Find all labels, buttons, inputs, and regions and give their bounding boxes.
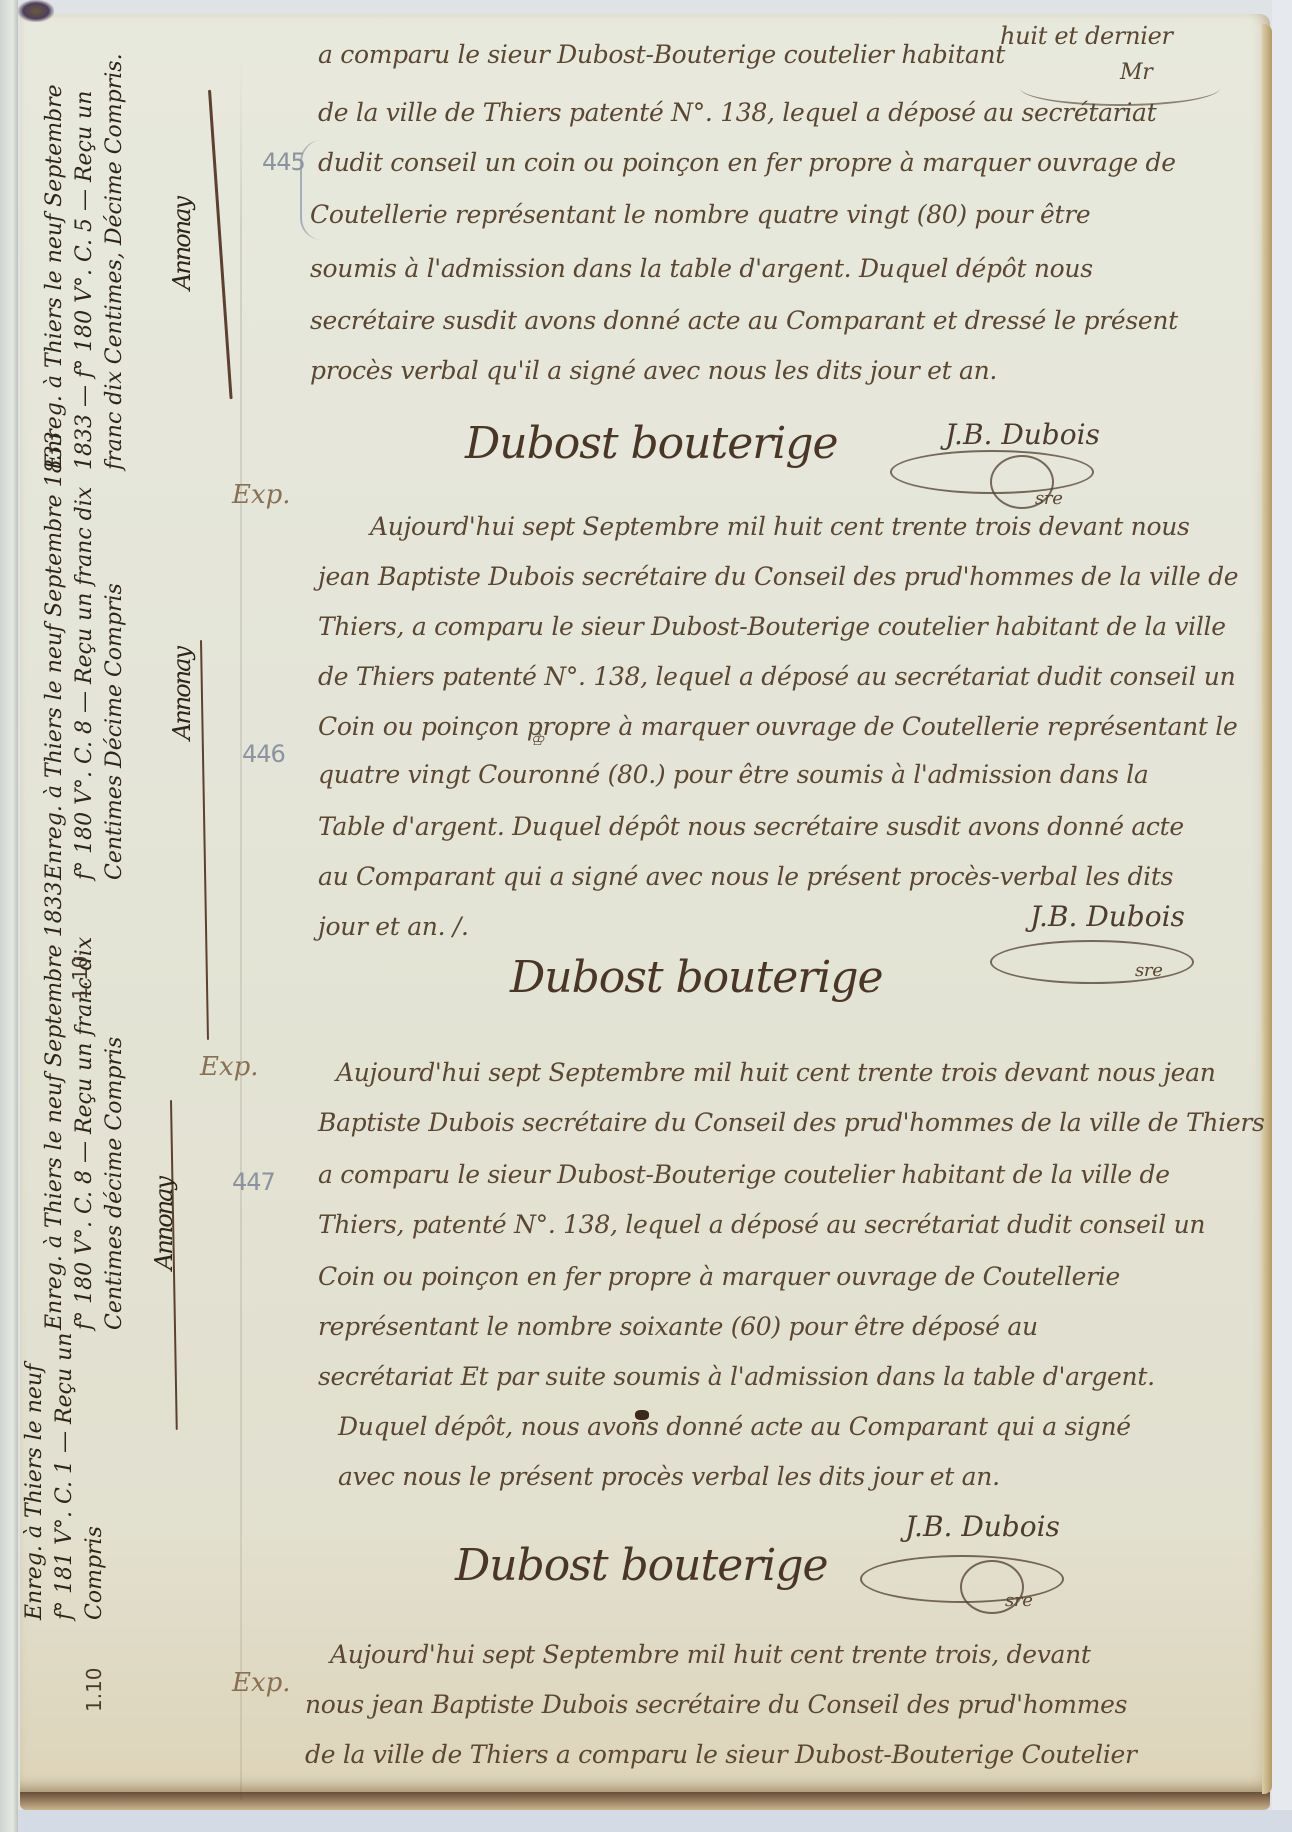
entry-line: Baptiste Dubois secrétaire du Conseil de… xyxy=(318,1108,1265,1137)
entry-line: procès verbal qu'il a signé avec nous le… xyxy=(310,356,997,385)
entry-number: 446 xyxy=(242,740,285,768)
registration-note-line: Centimes Décime Compris xyxy=(100,431,130,880)
exp-label: Exp. xyxy=(232,480,291,510)
signature-flourish xyxy=(990,940,1194,984)
entry-line: Thiers, patenté N°. 138, lequel a déposé… xyxy=(318,1210,1205,1239)
entry-line: dudit conseil un coin ou poinçon en fer … xyxy=(318,148,1176,177)
entry-line: secrétaire susdit avons donné acte au Co… xyxy=(310,306,1178,335)
registration-note-line: franc dix Centimes, Décime Compris. xyxy=(100,53,130,470)
margin-rule xyxy=(240,60,242,1800)
entry-line: Aujourd'hui sept Septembre mil huit cent… xyxy=(330,1640,1091,1669)
ink-blot xyxy=(635,1410,649,1420)
depositor-signature: Dubost bouterige xyxy=(510,952,883,1003)
registration-note-line: Enreg. à Thiers le neuf Septembre xyxy=(40,53,70,470)
secretary-suffix: sre xyxy=(1135,960,1163,981)
secretary-signature: J.B. Dubois xyxy=(905,1510,1060,1543)
entry-line: Aujourd'hui sept Septembre mil huit cent… xyxy=(336,1058,1216,1087)
crown-mark: ♔ xyxy=(530,730,544,749)
registration-note: Enreg. à Thiers le neuf Septembre 1833 f… xyxy=(40,431,130,880)
registrar-paraph: Annonay xyxy=(168,648,196,740)
registration-note-line: f° 180 V°. C. 8 — Reçu un franc dix xyxy=(70,881,100,1330)
fee-amount: 1.10 xyxy=(82,1667,106,1712)
registration-note-line: f° 181 V°. C. 1 — Reçu un xyxy=(50,1333,80,1620)
exp-label: Exp. xyxy=(200,1052,259,1082)
entry-line: jean Baptiste Dubois secrétaire du Conse… xyxy=(318,562,1238,591)
registration-note-line: Enreg. à Thiers le neuf Septembre 1833 xyxy=(40,881,70,1330)
registration-note-line: Compris xyxy=(80,1333,110,1620)
fee-amount: 1.10 xyxy=(68,955,92,1000)
entry-line: au Comparant qui a signé avec nous le pr… xyxy=(318,862,1173,891)
depositor-signature: Dubost bouterige xyxy=(465,418,838,469)
entry-number: 445 xyxy=(262,148,305,176)
registration-note: Enreg. à Thiers le neuf f° 181 V°. C. 1 … xyxy=(20,1333,110,1620)
secretary-signature: J.B. Dubois xyxy=(945,418,1100,451)
manuscript-page: huit et dernier Mr 445 a comparu le sieu… xyxy=(0,0,1292,1832)
entry-line: soumis à l'admission dans la table d'arg… xyxy=(310,254,1093,283)
entry-line: a comparu le sieur Dubost-Bouterige cout… xyxy=(318,1160,1170,1189)
entry-line: de Thiers patenté N°. 138, lequel a dépo… xyxy=(318,662,1235,691)
facing-page-edge xyxy=(0,0,18,1832)
entry-line: nous jean Baptiste Dubois secrétaire du … xyxy=(305,1690,1127,1719)
exp-label: Exp. xyxy=(232,1668,291,1698)
entry-line: secrétariat Et par suite soumis à l'admi… xyxy=(318,1362,1155,1391)
entry-line: Coin ou poinçon en fer propre à marquer … xyxy=(318,1262,1120,1291)
background xyxy=(1272,0,1292,1832)
entry-line: Coutellerie représentant le nombre quatr… xyxy=(310,200,1090,229)
top-insertion-annotation: huit et dernier xyxy=(1000,22,1173,50)
binding-thread xyxy=(18,0,54,22)
entry-line: jour et an. /. xyxy=(318,912,469,941)
entry-line: Duquel dépôt, nous avons donné acte au C… xyxy=(338,1412,1131,1441)
entry-line: Coin ou poinçon propre à marquer ouvrage… xyxy=(318,712,1237,741)
registration-note-line: 1833 — f° 180 V°. C. 5 — Reçu un xyxy=(70,53,100,470)
entry-line: de la ville de Thiers patenté N°. 138, l… xyxy=(318,98,1156,127)
secretary-suffix: sre xyxy=(1005,1590,1033,1611)
entry-line: de la ville de Thiers a comparu le sieur… xyxy=(305,1740,1137,1769)
entry-line: Aujourd'hui sept Septembre mil huit cent… xyxy=(370,512,1190,541)
entry-line: avec nous le présent procès verbal les d… xyxy=(338,1462,1000,1491)
entry-number: 447 xyxy=(232,1168,275,1196)
registration-note-line: Enreg. à Thiers le neuf Septembre 1833 xyxy=(40,431,70,880)
page-stack-edge xyxy=(20,1790,1270,1810)
registrar-paraph: Annonay xyxy=(150,1178,178,1270)
registration-note: Enreg. à Thiers le neuf Septembre 1833 f… xyxy=(40,881,130,1330)
entry-line: quatre vingt Couronné (80.) pour être so… xyxy=(318,760,1148,789)
background xyxy=(0,1810,1292,1832)
registration-note: Enreg. à Thiers le neuf Septembre 1833 —… xyxy=(40,53,130,470)
registration-note-line: Centimes décime Compris xyxy=(100,881,130,1330)
secretary-suffix: sre xyxy=(1035,488,1063,509)
registration-note-line: f° 180 V°. C. 8 — Reçu un franc dix xyxy=(70,431,100,880)
entry-line: a comparu le sieur Dubost-Bouterige cout… xyxy=(318,40,1005,69)
secretary-signature: J.B. Dubois xyxy=(1030,900,1185,933)
paper-edge xyxy=(1262,24,1272,1794)
entry-line: Table d'argent. Duquel dépôt nous secrét… xyxy=(318,812,1184,841)
depositor-signature: Dubost bouterige xyxy=(455,1540,828,1591)
entry-line: représentant le nombre soixante (60) pou… xyxy=(318,1312,1038,1341)
entry-line: Thiers, a comparu le sieur Dubost-Bouter… xyxy=(318,612,1226,641)
registrar-paraph: Annonay xyxy=(168,198,196,290)
registration-note-line: Enreg. à Thiers le neuf xyxy=(20,1333,50,1620)
